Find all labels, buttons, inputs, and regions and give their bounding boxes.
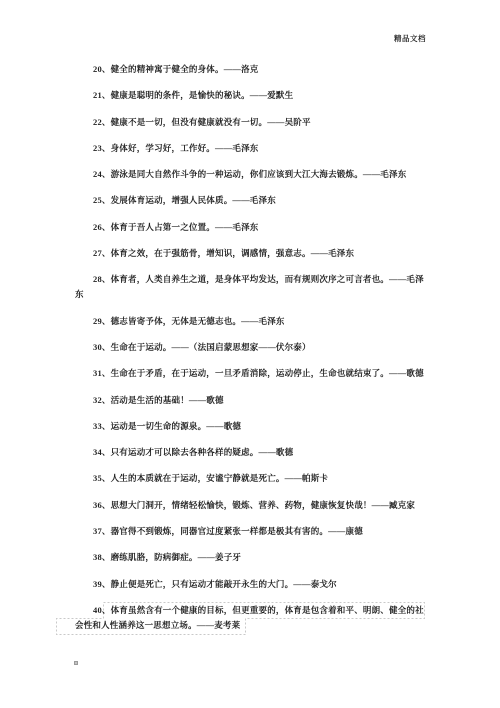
quote-text-line: 35、人生的本质就在于运动，安谧宁静就是死亡。——帕斯卡 bbox=[75, 471, 435, 486]
quote-item-32: 32、活动是生活的基础！——歌德 bbox=[75, 393, 435, 408]
quote-text-line: 39、静止便是死亡，只有运动才能敲开永生的大门。——泰戈尔 bbox=[75, 577, 435, 592]
quote-item-36: 36、思想大门洞开，情绪轻松愉快，锻炼、营养、药物，健康恢复快哉！——臧克家 bbox=[75, 498, 435, 513]
quote-item-34: 34、只有运动才可以除去各种各样的疑虑。——歌德 bbox=[75, 445, 435, 460]
quote-item-33: 33、运动是一切生命的源泉。——歌德 bbox=[75, 419, 435, 434]
quote-text-line: 28、体育者，人类自养生之道，是身体平均发达，而有规则次序之可言者也。——毛泽 bbox=[75, 272, 435, 287]
quote-item-31: 31、生命在于矛盾，在于运动，一旦矛盾消除，运动停止，生命也就结束了。——歌德 bbox=[75, 366, 435, 381]
quote-item-37: 37、器官得不到锻炼，同器官过度紧张一样都是极其有害的。——康德 bbox=[75, 524, 435, 539]
quote-text-line: 21、健康是聪明的条件，是愉快的秘诀。——爱默生 bbox=[75, 88, 435, 103]
quote-text-line: 27、体育之效，在于强筋骨，增知识，调感情，强意志。——毛泽东 bbox=[75, 246, 435, 261]
quote-text-line: 33、运动是一切生命的源泉。——歌德 bbox=[75, 419, 435, 434]
quote-text-line: 24、游泳是同大自然作斗争的一种运动，你们应该到大江大海去锻炼。——毛泽东 bbox=[75, 167, 435, 182]
quote-text-line: 31、生命在于矛盾，在于运动，一旦矛盾消除，运动停止，生命也就结束了。——歌德 bbox=[75, 366, 435, 381]
quote-item-29: 29、德志皆寄予体，无体是无德志也。——毛泽东 bbox=[75, 314, 435, 329]
quote-item-40: 40、体育虽然含有一个健康的目标，但更重要的，体育是包含着和平、明朗、健全的社会… bbox=[75, 603, 435, 633]
quote-item-27: 27、体育之效，在于强筋骨，增知识，调感情，强意志。——毛泽东 bbox=[75, 246, 435, 261]
quote-item-22: 22、健康不是一切，但没有健康就没有一切。——吴阶平 bbox=[75, 115, 435, 130]
quote-item-24: 24、游泳是同大自然作斗争的一种运动，你们应该到大江大海去锻炼。——毛泽东 bbox=[75, 167, 435, 182]
quote-item-30: 30、生命在于运动。——（法国启蒙思想家——伏尔泰） bbox=[75, 340, 435, 355]
quote-text-wrap-line: 会性和人性涵养这一思想立场。——麦考莱 bbox=[75, 618, 435, 633]
quote-text-line: 32、活动是生活的基础！——歌德 bbox=[75, 393, 435, 408]
quote-item-35: 35、人生的本质就在于运动，安谧宁静就是死亡。——帕斯卡 bbox=[75, 471, 435, 486]
quote-text-line: 37、器官得不到锻炼，同器官过度紧张一样都是极其有害的。——康德 bbox=[75, 524, 435, 539]
document-page: 精品文档 20、健全的精神寓于健全的身体。——洛克21、健康是聪明的条件，是愉快… bbox=[0, 0, 500, 708]
header-watermark: 精品文档 bbox=[394, 33, 426, 44]
quote-item-21: 21、健康是聪明的条件，是愉快的秘诀。——爱默生 bbox=[75, 88, 435, 103]
anchor-mark bbox=[74, 661, 78, 665]
quote-item-28: 28、体育者，人类自养生之道，是身体平均发达，而有规则次序之可言者也。——毛泽东 bbox=[75, 272, 435, 302]
quote-item-20: 20、健全的精神寓于健全的身体。——洛克 bbox=[75, 62, 435, 77]
quote-text-line: 38、磨练肌胳，防病御症。——姜子牙 bbox=[75, 550, 435, 565]
quote-text-line: 30、生命在于运动。——（法国启蒙思想家——伏尔泰） bbox=[75, 340, 435, 355]
quote-text-line: 26、体育于吾人占第一之位置。——毛泽东 bbox=[75, 220, 435, 235]
quote-text-line: 34、只有运动才可以除去各种各样的疑虑。——歌德 bbox=[75, 445, 435, 460]
quote-item-38: 38、磨练肌胳，防病御症。——姜子牙 bbox=[75, 550, 435, 565]
quote-item-25: 25、发展体育运动，增强人民体质。——毛泽东 bbox=[75, 193, 435, 208]
quote-text-line: 23、身体好，学习好，工作好。——毛泽东 bbox=[75, 141, 435, 156]
quote-list: 20、健全的精神寓于健全的身体。——洛克21、健康是聪明的条件，是愉快的秘诀。—… bbox=[75, 62, 435, 644]
quote-text-wrap-line: 东 bbox=[75, 287, 435, 302]
quote-text-line: 22、健康不是一切，但没有健康就没有一切。——吴阶平 bbox=[75, 115, 435, 130]
quote-text-line: 29、德志皆寄予体，无体是无德志也。——毛泽东 bbox=[75, 314, 435, 329]
quote-text-line: 36、思想大门洞开，情绪轻松愉快，锻炼、营养、药物，健康恢复快哉！——臧克家 bbox=[75, 498, 435, 513]
quote-text-line: 40、体育虽然含有一个健康的目标，但更重要的，体育是包含着和平、明朗、健全的社 bbox=[75, 603, 435, 618]
quote-item-26: 26、体育于吾人占第一之位置。——毛泽东 bbox=[75, 220, 435, 235]
quote-item-39: 39、静止便是死亡，只有运动才能敲开永生的大门。——泰戈尔 bbox=[75, 577, 435, 592]
quote-text-line: 20、健全的精神寓于健全的身体。——洛克 bbox=[75, 62, 435, 77]
quote-item-23: 23、身体好，学习好，工作好。——毛泽东 bbox=[75, 141, 435, 156]
quote-text-line: 25、发展体育运动，增强人民体质。——毛泽东 bbox=[75, 193, 435, 208]
